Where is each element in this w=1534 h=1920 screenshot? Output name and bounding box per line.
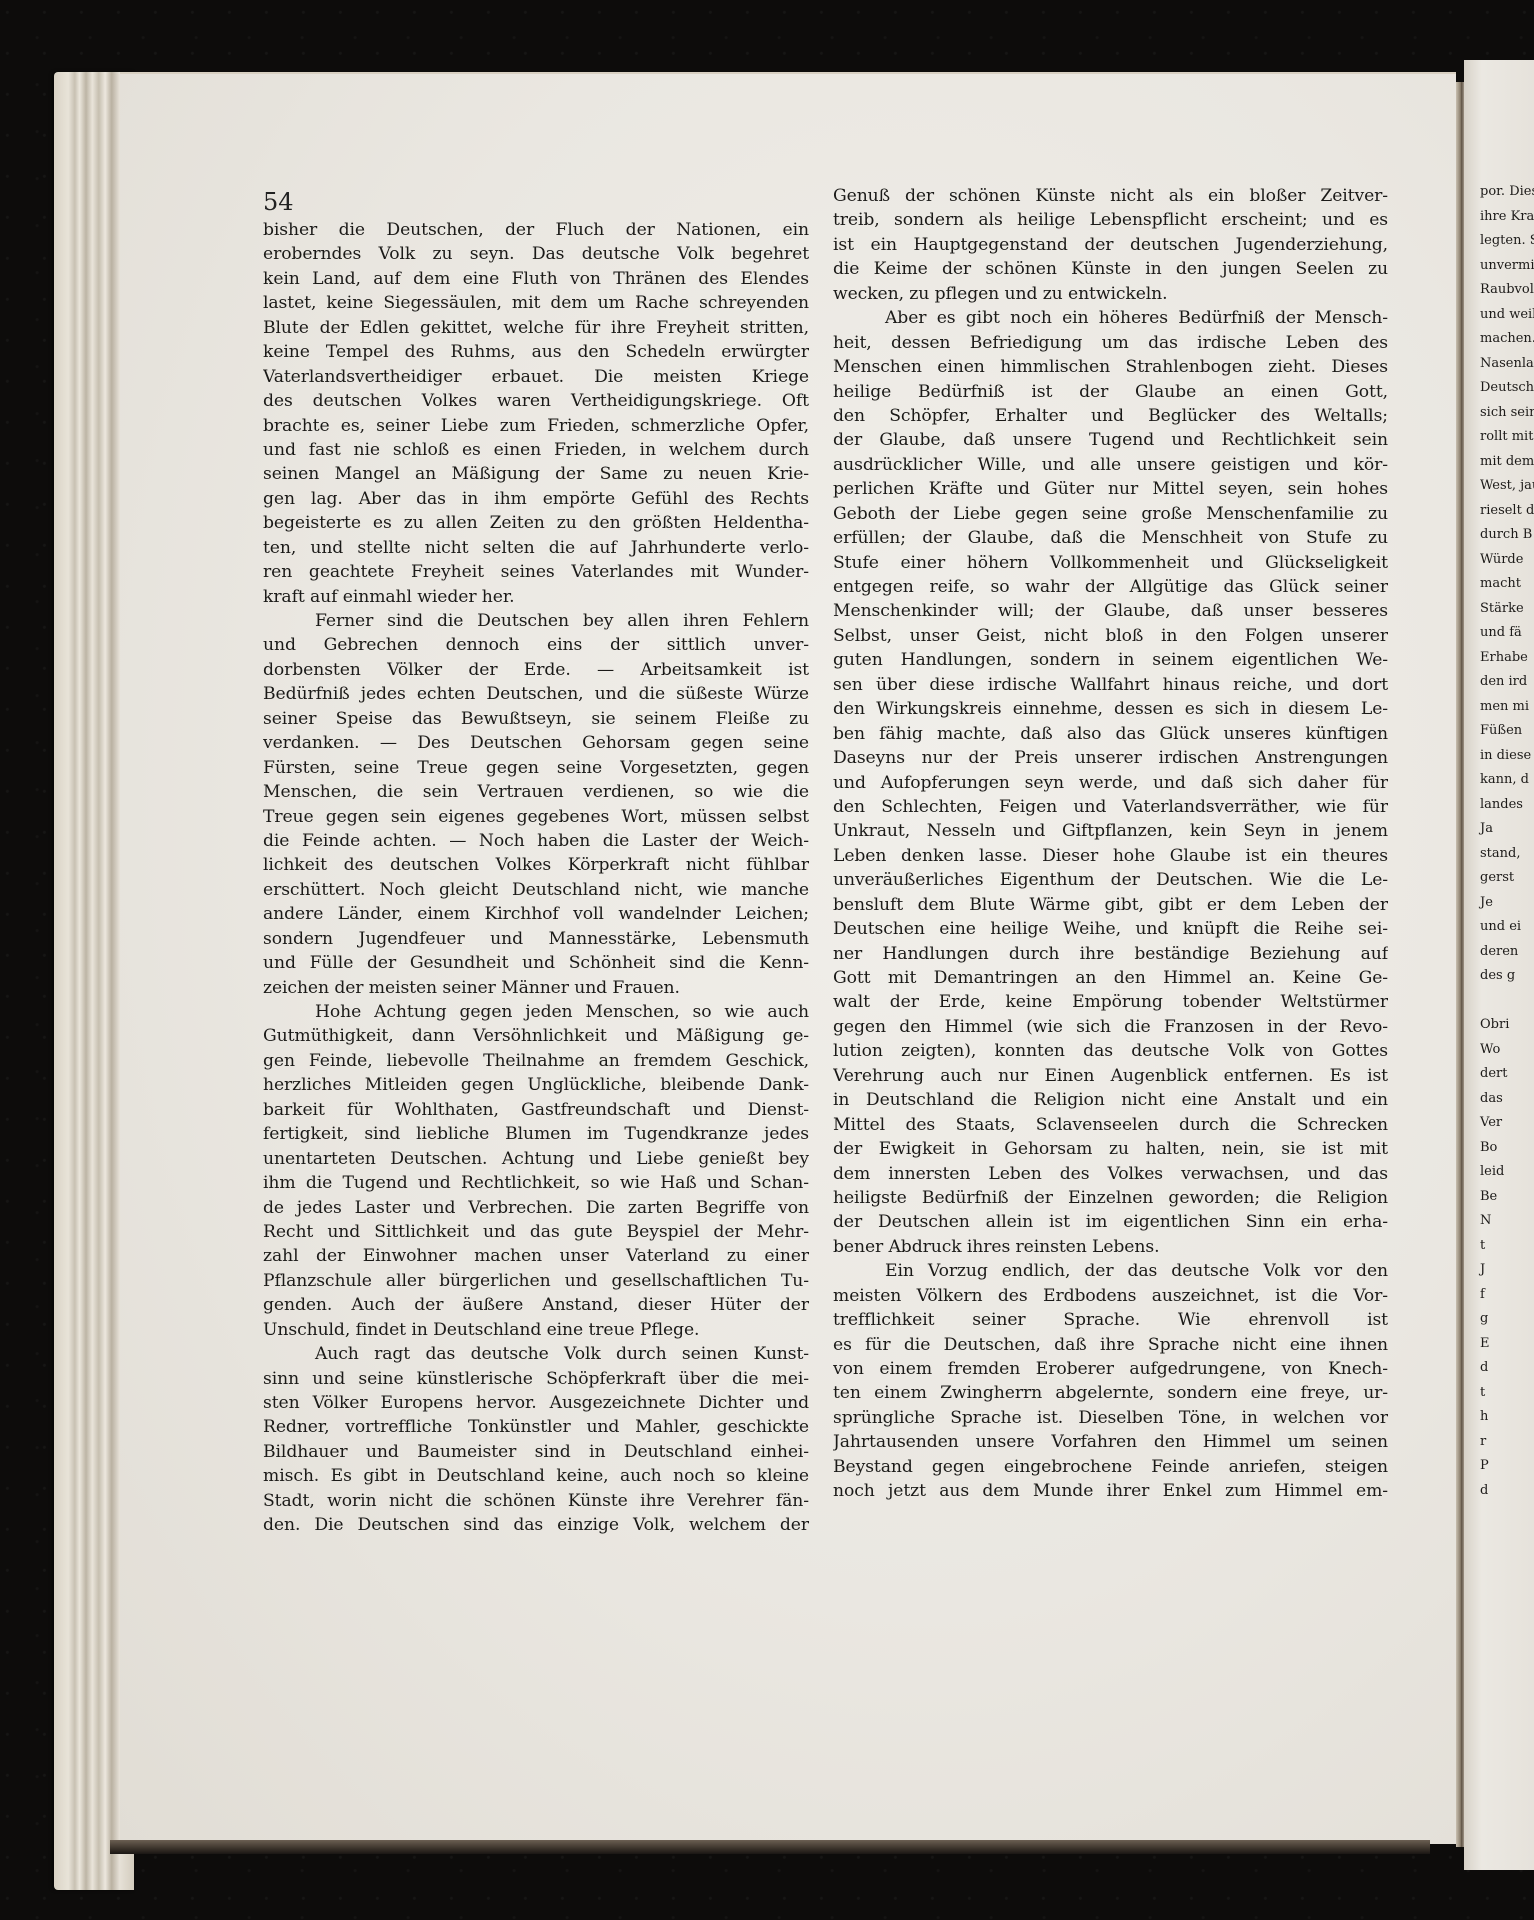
- text-line: trefflichkeit seiner Sprache. Wie ehrenv…: [833, 1308, 1388, 1332]
- text-line: heilige Bedürfniß ist der Glaube an eine…: [833, 380, 1388, 404]
- fragment-line: t: [1480, 1381, 1534, 1406]
- text-line: ausdrücklicher Wille, und alle unsere ge…: [833, 453, 1388, 477]
- text-line: ten einem Zwingherrn abgelernte, sondern…: [833, 1381, 1388, 1405]
- text-line: dorbensten Völker der Erde. — Arbeitsamk…: [263, 658, 809, 682]
- text-line: de jedes Laster und Verbrechen. Die zart…: [263, 1196, 809, 1220]
- text-line: genden. Auch der äußere Anstand, dieser …: [263, 1293, 809, 1317]
- text-line: unveräußerliches Eigenthum der Deutschen…: [833, 868, 1388, 892]
- text-line: den Schöpfer, Erhalter und Beglücker des…: [833, 404, 1388, 428]
- text-line: Geboth der Liebe gegen seine große Mensc…: [833, 502, 1388, 526]
- fragment-line: mit dem N: [1480, 450, 1534, 475]
- text-line: sprüngliche Sprache ist. Dieselben Töne,…: [833, 1406, 1388, 1430]
- fragment-line: das: [1480, 1087, 1534, 1112]
- text-line: Ferner sind die Deutschen bey allen ihre…: [263, 609, 809, 633]
- fragment-line: legten. S: [1480, 229, 1534, 254]
- fragment-line: t: [1480, 1234, 1534, 1259]
- text-line: guten Handlungen, sondern in seinem eige…: [833, 648, 1388, 672]
- text-line: ben fähig machte, daß also das Glück uns…: [833, 722, 1388, 746]
- fragment-line: d: [1480, 1479, 1534, 1504]
- text-line: misch. Es gibt in Deutschland keine, auc…: [263, 1464, 809, 1488]
- text-line: ren geachtete Freyheit seines Vaterlande…: [263, 560, 809, 584]
- text-line: Gutmüthigkeit, dann Versöhnlichkeit und …: [263, 1024, 809, 1048]
- text-line: ihm die Tugend und Rechtlichkeit, so wie…: [263, 1171, 809, 1195]
- text-line: bener Abdruck ihres reinsten Lebens.: [833, 1235, 1388, 1259]
- fragment-line: stand,: [1480, 842, 1534, 867]
- next-page-fragment: por. Dieseihre Kraftlegten. SunvermischR…: [1464, 60, 1534, 1870]
- page-bottom-edge: [110, 1840, 1430, 1854]
- text-line: Menschen, die sein Vertrauen verdienen, …: [263, 780, 809, 804]
- text-line: der Deutschen allein ist im eigentlichen…: [833, 1210, 1388, 1234]
- text-line: noch jetzt aus dem Munde ihrer Enkel zum…: [833, 1479, 1388, 1503]
- text-line: der Ewigkeit in Gehorsam zu halten, nein…: [833, 1137, 1388, 1161]
- fragment-line: dert: [1480, 1062, 1534, 1087]
- fragment-line: landes: [1480, 793, 1534, 818]
- right-column: Genuß der schönen Künste nicht als ein b…: [833, 184, 1388, 1504]
- text-line: Bildhauer und Baumeister sind in Deutsch…: [263, 1440, 809, 1464]
- text-line: Stadt, worin nicht die schönen Künste ih…: [263, 1489, 809, 1513]
- text-line: von einem fremden Eroberer aufgedrungene…: [833, 1357, 1388, 1381]
- fragment-line: unvermisch: [1480, 254, 1534, 279]
- text-line: Selbst, unser Geist, nicht bloß in den F…: [833, 624, 1388, 648]
- fragment-line: por. Diese: [1480, 180, 1534, 205]
- fragment-line: Ja: [1480, 817, 1534, 842]
- text-line: Gott mit Demantringen an den Himmel an. …: [833, 966, 1388, 990]
- fragment-line: ihre Kraft: [1480, 205, 1534, 230]
- fragment-line: d: [1480, 1356, 1534, 1381]
- fragment-line: gerst: [1480, 866, 1534, 891]
- text-line: lution zeigten), konnten das deutsche Vo…: [833, 1039, 1388, 1063]
- page-number: 54: [263, 188, 294, 216]
- text-line: die Feinde achten. — Noch haben die Last…: [263, 829, 809, 853]
- text-line: den Schlechten, Feigen und Vaterlandsver…: [833, 795, 1388, 819]
- fragment-line: men mi: [1480, 695, 1534, 720]
- fragment-line: Ver: [1480, 1111, 1534, 1136]
- text-line: dem innersten Leben des Volkes verwachse…: [833, 1162, 1388, 1186]
- fragment-line: J: [1480, 1258, 1534, 1283]
- text-line: Blute der Edlen gekittet, welche für ihr…: [263, 316, 809, 340]
- text-line: bisher die Deutschen, der Fluch der Nati…: [263, 218, 809, 242]
- text-line: fertigkeit, sind liebliche Blumen im Tug…: [263, 1122, 809, 1146]
- text-line: sten Völker Europens hervor. Ausgezeichn…: [263, 1391, 809, 1415]
- text-line: Beystand gegen eingebrochene Feinde anri…: [833, 1455, 1388, 1479]
- fragment-line: h: [1480, 1405, 1534, 1430]
- text-line: und Fülle der Gesundheit und Schönheit s…: [263, 951, 809, 975]
- fragment-line: rieselt du: [1480, 499, 1534, 524]
- text-line: bensluft dem Blute Wärme gibt, gibt er d…: [833, 893, 1388, 917]
- text-line: Verehrung auch nur Einen Augenblick entf…: [833, 1064, 1388, 1088]
- text-line: und Gebrechen dennoch eins der sittlich …: [263, 633, 809, 657]
- text-line: Stufe einer höhern Vollkommenheit und Gl…: [833, 551, 1388, 575]
- text-line: Deutschen eine heilige Weihe, und knüpft…: [833, 917, 1388, 941]
- text-line: den Wirkungskreis einnehme, dessen es si…: [833, 697, 1388, 721]
- text-line: Genuß der schönen Künste nicht als ein b…: [833, 184, 1388, 208]
- text-line: treib, sondern als heilige Lebenspflicht…: [833, 208, 1388, 232]
- text-line: kraft auf einmahl wieder her.: [263, 585, 809, 609]
- next-page-text: por. Dieseihre Kraftlegten. SunvermischR…: [1480, 180, 1534, 1503]
- text-line: ner Handlungen durch ihre beständige Bez…: [833, 942, 1388, 966]
- fragment-line: und weib: [1480, 303, 1534, 328]
- text-line: barkeit für Wohlthaten, Gastfreundschaft…: [263, 1098, 809, 1122]
- fragment-line: E: [1480, 1332, 1534, 1357]
- text-line: unentarteten Deutschen. Achtung und Lieb…: [263, 1147, 809, 1171]
- text-line: gegen den Himmel (wie sich die Franzosen…: [833, 1015, 1388, 1039]
- fragment-line: leid: [1480, 1160, 1534, 1185]
- text-line: Unkraut, Nesseln und Giftpflanzen, kein …: [833, 819, 1388, 843]
- text-line: seinen Mangel an Mäßigung der Same zu ne…: [263, 462, 809, 486]
- text-line: keine Tempel des Ruhms, aus den Schedeln…: [263, 340, 809, 364]
- fragment-line: durch B: [1480, 523, 1534, 548]
- text-line: Auch ragt das deutsche Volk durch seinen…: [263, 1342, 809, 1366]
- text-line: sen über diese irdische Wallfahrt hinaus…: [833, 673, 1388, 697]
- text-line: ist ein Hauptgegenstand der deutschen Ju…: [833, 233, 1388, 257]
- text-line: es für die Deutschen, daß ihre Sprache n…: [833, 1333, 1388, 1357]
- text-line: begeisterte es zu allen Zeiten zu den gr…: [263, 511, 809, 535]
- text-line: Leben denken lasse. Dieser hohe Glaube i…: [833, 844, 1388, 868]
- text-line: der Glaube, daß unsere Tugend und Rechtl…: [833, 428, 1388, 452]
- fragment-line: des g: [1480, 964, 1534, 989]
- fragment-line: r: [1480, 1430, 1534, 1455]
- text-line: in Deutschland die Religion nicht eine A…: [833, 1088, 1388, 1112]
- text-line: verdanken. — Des Deutschen Gehorsam gege…: [263, 731, 809, 755]
- fragment-line: Stärke: [1480, 597, 1534, 622]
- fragment-line: Deutsch is: [1480, 376, 1534, 401]
- fragment-line: Obri: [1480, 1013, 1534, 1038]
- fragment-line: Füßen: [1480, 719, 1534, 744]
- text-line: lastet, keine Siegessäulen, mit dem um R…: [263, 291, 809, 315]
- text-line: Aber es gibt noch ein höheres Bedürfniß …: [833, 306, 1388, 330]
- text-line: kein Land, auf dem eine Fluth von Thräne…: [263, 267, 809, 291]
- text-line: Recht und Sittlichkeit und das gute Beys…: [263, 1220, 809, 1244]
- fragment-line: Raubvolke: [1480, 278, 1534, 303]
- text-line: Ein Vorzug endlich, der das deutsche Vol…: [833, 1259, 1388, 1283]
- text-line: die Keime der schönen Künste in den jung…: [833, 257, 1388, 281]
- fragment-line: Bo: [1480, 1136, 1534, 1161]
- text-line: heit, dessen Befriedigung um das irdisch…: [833, 331, 1388, 355]
- text-line: gen lag. Aber das in ihm empörte Gefühl …: [263, 487, 809, 511]
- text-line: Menschenkinder will; der Glaube, daß uns…: [833, 599, 1388, 623]
- fragment-line: den ird: [1480, 670, 1534, 695]
- fragment-line: g: [1480, 1307, 1534, 1332]
- text-line: und fast nie schloß es einen Frieden, in…: [263, 438, 809, 462]
- text-line: Vaterlandsvertheidiger erbauet. Die meis…: [263, 365, 809, 389]
- text-line: heiligste Bedürfniß der Einzelnen geword…: [833, 1186, 1388, 1210]
- text-line: ten, und stellte nicht selten die auf Ja…: [263, 536, 809, 560]
- text-line: entgegen reife, so wahr der Allgütige da…: [833, 575, 1388, 599]
- text-line: Mittel des Staats, Sclavenseelen durch d…: [833, 1113, 1388, 1137]
- text-line: brachte es, seiner Liebe zum Frieden, sc…: [263, 414, 809, 438]
- fragment-line: Be: [1480, 1185, 1534, 1210]
- fragment-line: Erhabe: [1480, 646, 1534, 671]
- text-line: perlichen Kräfte und Güter nur Mittel se…: [833, 477, 1388, 501]
- fragment-line: P: [1480, 1454, 1534, 1479]
- text-line: eroberndes Volk zu seyn. Das deutsche Vo…: [263, 242, 809, 266]
- fragment-line: sich seiner: [1480, 401, 1534, 426]
- text-line: Unschuld, findet in Deutschland eine tre…: [263, 1318, 809, 1342]
- fragment-line: Würde: [1480, 548, 1534, 573]
- text-line: zeichen der meisten seiner Männer und Fr…: [263, 976, 809, 1000]
- fragment-line: rollt mit d: [1480, 425, 1534, 450]
- fragment-line: deren: [1480, 940, 1534, 965]
- text-line: Pflanzschule aller bürgerlichen und gese…: [263, 1269, 809, 1293]
- text-line: und Aufopferungen seyn werde, und daß si…: [833, 771, 1388, 795]
- text-line: erschüttert. Noch gleicht Deutschland ni…: [263, 878, 809, 902]
- text-line: Hohe Achtung gegen jeden Menschen, so wi…: [263, 1000, 809, 1024]
- text-line: sondern Jugendfeuer und Mannesstärke, Le…: [263, 927, 809, 951]
- fragment-line: Je: [1480, 891, 1534, 916]
- fragment-line: Nasenlau: [1480, 352, 1534, 377]
- text-line: Daseyns nur der Preis unserer irdischen …: [833, 746, 1388, 770]
- text-line: zahl der Einwohner machen unser Vaterlan…: [263, 1244, 809, 1268]
- text-line: Jahrtausenden unsere Vorfahren den Himme…: [833, 1430, 1388, 1454]
- text-line: des deutschen Volkes waren Vertheidigung…: [263, 389, 809, 413]
- fragment-line: Wo: [1480, 1038, 1534, 1063]
- fragment-line: machen.: [1480, 327, 1534, 352]
- text-line: Treue gegen sein eigenes gegebenes Wort,…: [263, 805, 809, 829]
- text-line: andere Länder, einem Kirchhof voll wande…: [263, 902, 809, 926]
- fragment-line: [1480, 989, 1534, 1014]
- fragment-line: macht: [1480, 572, 1534, 597]
- text-line: wecken, zu pflegen und zu entwickeln.: [833, 282, 1388, 306]
- text-line: den. Die Deutschen sind das einzige Volk…: [263, 1513, 809, 1537]
- text-line: Menschen einen himmlischen Strahlenbogen…: [833, 355, 1388, 379]
- fragment-line: und ei: [1480, 915, 1534, 940]
- text-line: sinn und seine künstlerische Schöpferkra…: [263, 1367, 809, 1391]
- text-line: herzliches Mitleiden gegen Unglückliche,…: [263, 1073, 809, 1097]
- text-line: Fürsten, seine Treue gegen seine Vorgese…: [263, 756, 809, 780]
- text-line: Redner, vortreffliche Tonkünstler und Ma…: [263, 1415, 809, 1439]
- fragment-line: kann, d: [1480, 768, 1534, 793]
- text-line: erfüllen; der Glaube, daß die Menschheit…: [833, 526, 1388, 550]
- fragment-line: und fä: [1480, 621, 1534, 646]
- text-line: walt der Erde, keine Empörung tobender W…: [833, 990, 1388, 1014]
- fragment-line: West, jau: [1480, 474, 1534, 499]
- text-line: seiner Speise das Bewußtseyn, sie seinem…: [263, 707, 809, 731]
- fragment-line: f: [1480, 1283, 1534, 1308]
- text-line: Bedürfniß jedes echten Deutschen, und di…: [263, 682, 809, 706]
- left-column: bisher die Deutschen, der Fluch der Nati…: [263, 218, 809, 1538]
- text-line: meisten Völkern des Erdbodens auszeichne…: [833, 1284, 1388, 1308]
- fragment-line: in diese: [1480, 744, 1534, 769]
- fragment-line: N: [1480, 1209, 1534, 1234]
- text-line: gen Feinde, liebevolle Theilnahme an fre…: [263, 1049, 809, 1073]
- text-line: lichkeit des deutschen Volkes Körperkraf…: [263, 853, 809, 877]
